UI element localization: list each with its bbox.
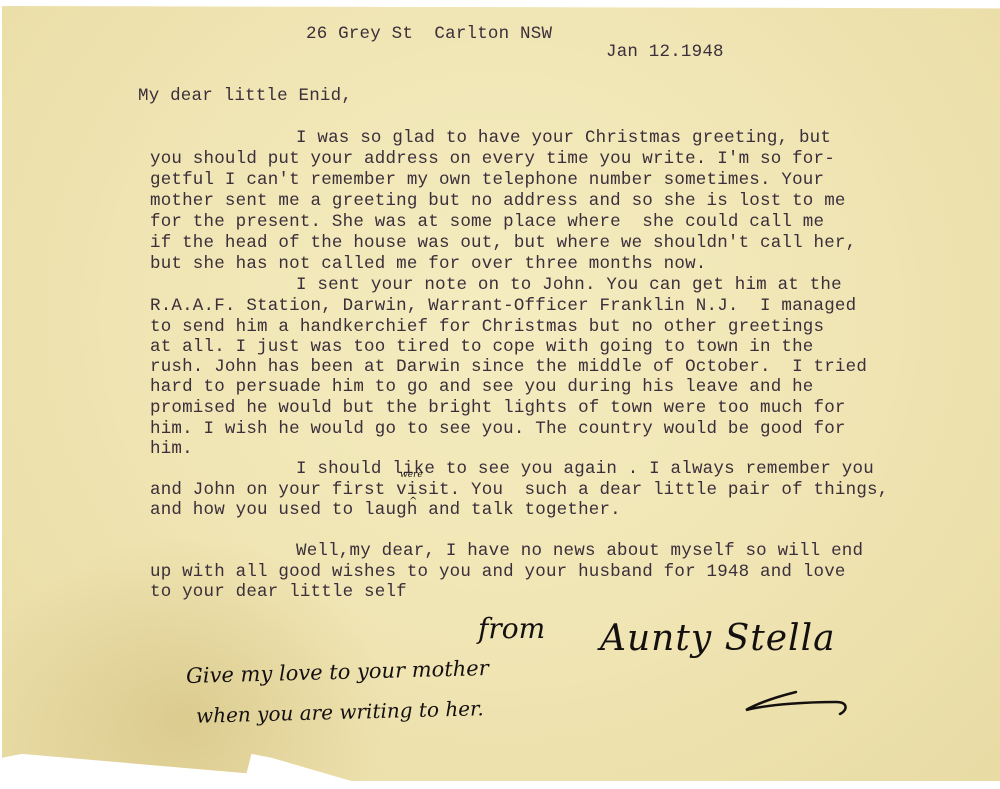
paragraph-1-line-3: getful I can't remember my own telephone… <box>150 170 824 190</box>
paragraph-3-line-1: I should like to see you again . I alway… <box>296 459 874 479</box>
paragraph-1-line-2: you should put your address on every tim… <box>150 149 835 169</box>
paragraph-4-line-2: up with all good wishes to you and your … <box>150 562 846 582</box>
paragraph-3-line-3: and how you used to laugh and talk toget… <box>150 500 621 520</box>
paragraph-3-line-2: and John on your first visit. You such a… <box>150 480 888 500</box>
paragraph-2-line-5: rush. John has been at Darwin since the … <box>150 357 867 377</box>
paragraph-1-line-4: mother sent me a greeting but no address… <box>150 191 846 211</box>
paragraph-2-line-7: promised he would but the bright lights … <box>150 398 846 418</box>
paragraph-2-line-3: to send him a handkerchief for Christmas… <box>150 317 824 337</box>
paragraph-2-line-2: R.A.A.F. Station, Darwin, Warrant-Office… <box>150 296 856 316</box>
paragraph-1-line-5: for the present. She was at some place w… <box>150 212 824 232</box>
signature: Aunty Stella <box>600 618 836 659</box>
paragraph-4-line-3: to your dear little self <box>150 582 407 602</box>
paragraph-2-line-6: hard to persuade him to go and see you d… <box>150 377 814 397</box>
signature-flourish-icon <box>740 690 850 720</box>
paragraph-2-line-1: I sent your note on to John. You can get… <box>296 275 842 295</box>
handwritten-insertion: were <box>400 470 423 480</box>
closing-from: from <box>478 612 545 645</box>
insertion-caret-icon: ^ <box>409 496 417 507</box>
paragraph-1-line-1: I was so glad to have your Christmas gre… <box>296 128 831 148</box>
paragraph-1-line-7: but she has not called me for over three… <box>150 254 707 274</box>
paragraph-2-line-9: him. <box>150 439 193 459</box>
paragraph-2-line-4: at all. I just was too tired to cope wit… <box>150 337 814 357</box>
paragraph-4-line-1: Well,my dear, I have no news about mysel… <box>296 541 863 561</box>
paragraph-1-line-6: if the head of the house was out, but wh… <box>150 233 856 253</box>
paragraph-2-line-8: him. I wish he would go to see you. The … <box>150 419 846 439</box>
